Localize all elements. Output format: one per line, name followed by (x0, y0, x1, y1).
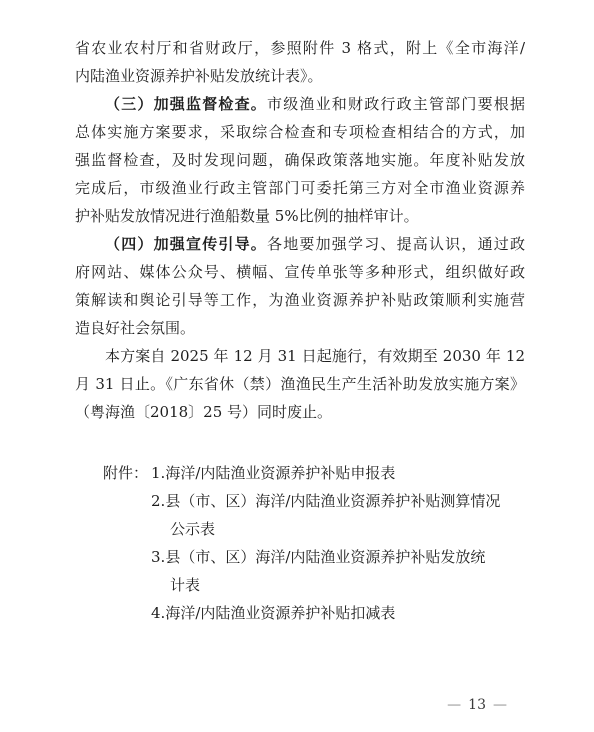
text-line: （粤海渔〔2018〕25 号）同时废止。 (75, 398, 525, 426)
text-line: （三）加强监督检查。市级渔业和财政行政主管部门要根据 (75, 90, 525, 118)
attachment-item: 4.海洋/内陆渔业资源养护补贴扣减表 (151, 599, 525, 627)
document-body: 省农业农村厅和省财政厅，参照附件 3 格式，附上《全市海洋/ 内陆渔业资源养护补… (75, 34, 525, 627)
attachment-item-text: 海洋/内陆渔业资源养护补贴扣减表 (165, 604, 395, 622)
attachment-label: 附件： (103, 459, 148, 487)
attachment-item-number: 1. (151, 464, 165, 482)
text-run: 市级渔业和财政行政主管部门要根据 (267, 95, 525, 113)
text-line: 强监督检查，及时发现问题，确保政策落地实施。年度补贴发放 (75, 146, 525, 174)
text-line: 月 31 日止。《广东省休（禁）渔渔民生产生活补助发放实施方案》 (75, 370, 525, 398)
attachment-item-text: 县（市、区）海洋/内陆渔业资源养护补贴发放统 (165, 548, 485, 566)
text-line: 省农业农村厅和省财政厅，参照附件 3 格式，附上《全市海洋/ (75, 34, 525, 62)
text-line: 府网站、媒体公众号、横幅、宣传单张等多种形式，组织做好政 (75, 258, 525, 286)
document-page: 省农业农村厅和省财政厅，参照附件 3 格式，附上《全市海洋/ 内陆渔业资源养护补… (0, 0, 594, 732)
attachment-item: 1.海洋/内陆渔业资源养护补贴申报表 (151, 459, 525, 487)
attachment-item-number: 4. (151, 604, 165, 622)
text-line: 内陆渔业资源养护补贴发放统计表》。 (75, 62, 525, 90)
text-line: 造良好社会氛围。 (75, 314, 525, 342)
attachment-item-wrap: 公示表 (170, 515, 525, 543)
text-line: （四）加强宣传引导。各地要加强学习、提高认识，通过政 (75, 230, 525, 258)
attachment-item-wrap: 计表 (170, 571, 525, 599)
text-line: 本方案自 2025 年 12 月 31 日起施行，有效期至 2030 年 12 (75, 342, 525, 370)
attachment-item: 3.县（市、区）海洋/内陆渔业资源养护补贴发放统 (151, 543, 525, 571)
attachment-item-number: 3. (151, 548, 165, 566)
text-line: 策解读和舆论引导等工作，为渔业资源养护补贴政策顺利实施营 (75, 286, 525, 314)
attachment-item-text: 海洋/内陆渔业资源养护补贴申报表 (165, 464, 395, 482)
section-heading-publicity: （四）加强宣传引导。 (105, 235, 267, 253)
text-line: 总体实施方案要求，采取综合检查和专项检查相结合的方式，加 (75, 118, 525, 146)
attachment-list: 附件： 1.海洋/内陆渔业资源养护补贴申报表 2.县（市、区）海洋/内陆渔业资源… (75, 459, 525, 627)
page-number: —13— (440, 691, 514, 719)
attachment-item-number: 2. (151, 492, 165, 510)
footer-dash: — (493, 697, 507, 713)
page-number-value: 13 (468, 697, 486, 713)
text-line: 完成后，市级渔业行政主管部门可委托第三方对全市渔业资源养 (75, 174, 525, 202)
text-line: 护补贴发放情况进行渔船数量 5%比例的抽样审计。 (75, 202, 525, 230)
footer-dash: — (447, 697, 461, 713)
text-run: 各地要加强学习、提高认识，通过政 (267, 235, 525, 253)
attachment-item-text: 县（市、区）海洋/内陆渔业资源养护补贴测算情况 (165, 492, 500, 510)
section-heading-supervision: （三）加强监督检查。 (105, 95, 267, 113)
attachment-item: 2.县（市、区）海洋/内陆渔业资源养护补贴测算情况 (151, 487, 525, 515)
